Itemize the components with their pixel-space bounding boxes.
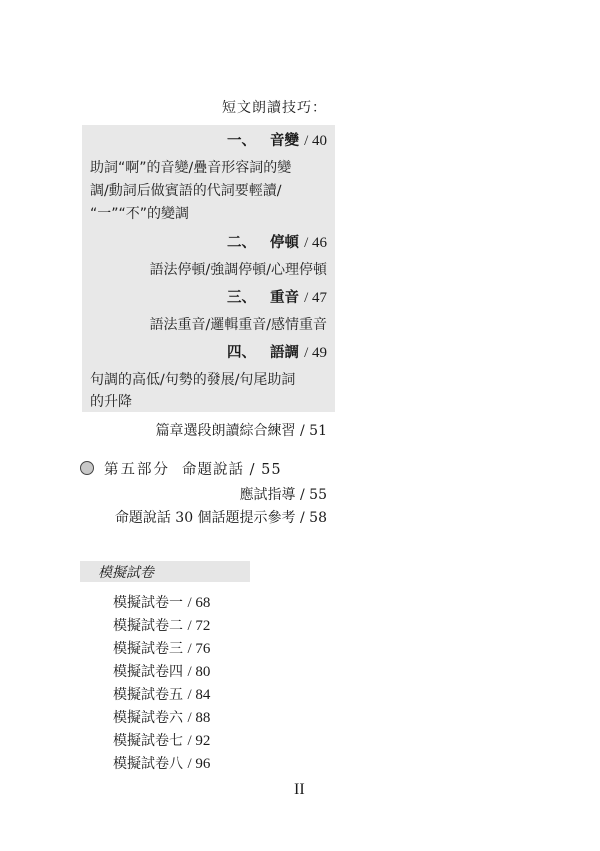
chapter-5-heading[interactable]: 第五部分命題說話 / 55 <box>80 458 282 479</box>
mock-exam-label: 模擬試卷三 <box>113 641 183 657</box>
toc-section-1[interactable]: 一、音變 / 40 <box>227 129 327 150</box>
mock-exam-item[interactable]: 模擬試卷二 / 72 <box>113 615 210 635</box>
section-1-line-1: 助詞“啊”的音變∕疊音形容詞的變 <box>90 157 291 177</box>
mock-exam-label: 模擬試卷四 <box>113 664 183 680</box>
circle-bullet-icon <box>80 461 94 475</box>
mock-exam-label: 模擬試卷七 <box>113 733 183 749</box>
section-title: 音變 <box>270 133 299 149</box>
section-1-line-2: 調∕動詞后做賓語的代詞要輕讀∕ <box>90 180 281 200</box>
mock-exam-item[interactable]: 模擬試卷五 / 84 <box>113 684 210 704</box>
section-2-line-1: 語法停頓∕強調停頓∕心理停頓 <box>150 259 327 279</box>
section-page: / 49 <box>304 345 327 361</box>
section-number: 二、 <box>227 235 256 251</box>
mock-exam-label: 模擬試卷二 <box>113 618 183 634</box>
section-1-line-3: “一”“不”的變調 <box>90 203 189 223</box>
mock-exam-item[interactable]: 模擬試卷四 / 80 <box>113 661 210 681</box>
mock-exam-label: 模擬試卷五 <box>113 687 183 703</box>
section-page: / 47 <box>304 290 327 306</box>
mock-exam-page: / 88 <box>187 710 210 726</box>
section-title: 停頓 <box>270 235 299 251</box>
toc-section-4[interactable]: 四、語調 / 49 <box>227 341 327 362</box>
chapter-title: 命題說話 / 55 <box>182 462 282 478</box>
mock-exam-item[interactable]: 模擬試卷七 / 92 <box>113 730 210 750</box>
section-4-line-1: 句調的高低∕句勢的發展∕句尾助詞 <box>90 369 295 389</box>
mock-exam-page: / 76 <box>187 641 210 657</box>
section-title: 重音 <box>270 290 299 306</box>
section-number: 三、 <box>227 290 256 306</box>
page-heading: 短文朗讀技巧： <box>222 97 327 117</box>
toc-section-3[interactable]: 三、重音 / 47 <box>227 286 327 307</box>
mock-exam-item[interactable]: 模擬試卷三 / 76 <box>113 638 210 658</box>
section-number: 四、 <box>227 345 256 361</box>
mock-exam-label: 模擬試卷六 <box>113 710 183 726</box>
section-title: 語調 <box>270 345 299 361</box>
mock-exam-item[interactable]: 模擬試卷一 / 68 <box>113 592 210 612</box>
mock-exam-page: / 72 <box>187 618 210 634</box>
section-3-line-1: 語法重音∕邏輯重音∕感情重音 <box>150 314 327 334</box>
chapter-entry-guide[interactable]: 應試指導 / 55 <box>240 484 327 504</box>
mock-exam-item[interactable]: 模擬試卷八 / 96 <box>113 753 210 773</box>
mock-exam-page: / 92 <box>187 733 210 749</box>
mock-exams-header: 模擬試卷 <box>98 562 154 582</box>
page-number: II <box>294 781 305 799</box>
combined-practice-entry[interactable]: 篇章選段朗讀綜合練習 / 51 <box>156 420 327 440</box>
section-4-line-2: 的升降 <box>90 391 132 411</box>
mock-exam-label: 模擬試卷八 <box>113 756 183 772</box>
section-page: / 46 <box>304 235 327 251</box>
mock-exam-page: / 68 <box>187 595 210 611</box>
mock-exam-page: / 96 <box>187 756 210 772</box>
mock-exam-label: 模擬試卷一 <box>113 595 183 611</box>
mock-exam-page: / 84 <box>187 687 210 703</box>
mock-exam-page: / 80 <box>187 664 210 680</box>
chapter-part: 第五部分 <box>104 462 170 478</box>
section-number: 一、 <box>227 133 256 149</box>
section-page: / 40 <box>304 133 327 149</box>
toc-section-2[interactable]: 二、停頓 / 46 <box>227 231 327 252</box>
chapter-entry-topics[interactable]: 命題說話 30 個話題提示參考 / 58 <box>115 507 327 527</box>
mock-exam-item[interactable]: 模擬試卷六 / 88 <box>113 707 210 727</box>
